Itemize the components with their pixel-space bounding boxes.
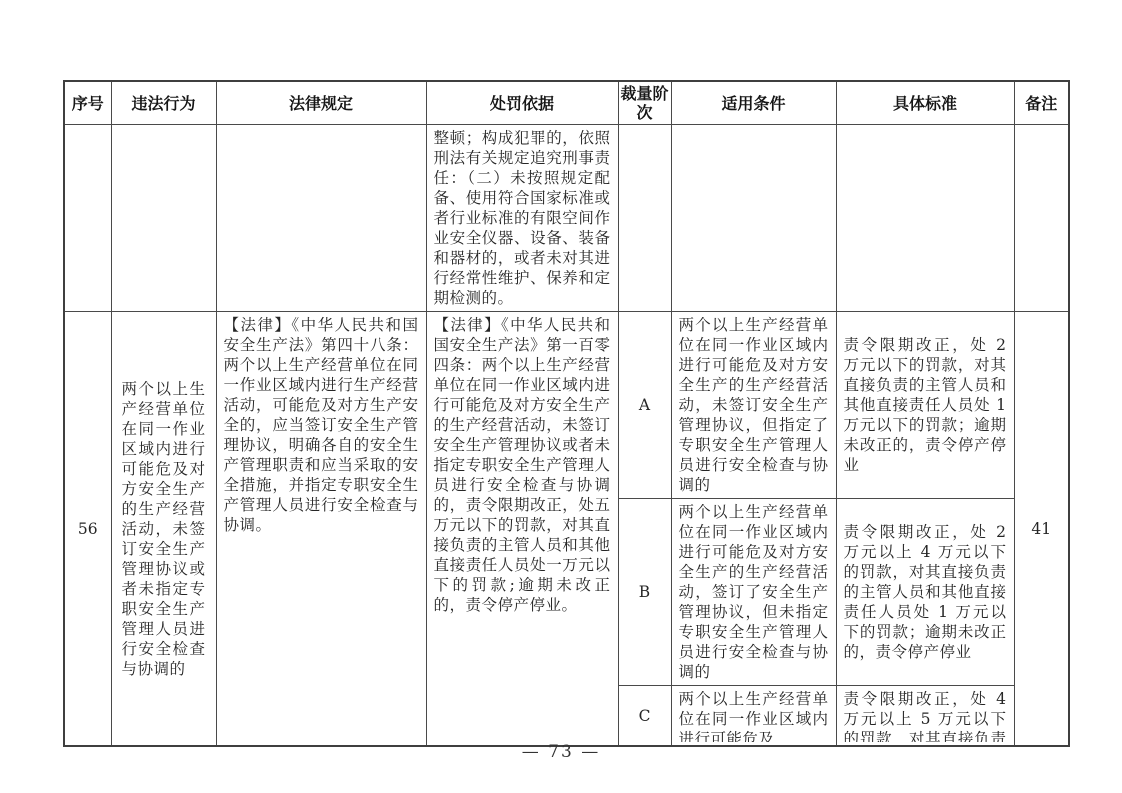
tier-b-condition: 两个以上生产经营单位在同一作业区域内进行可能危及对方安全生产的生产经营活动，签订…: [671, 499, 836, 686]
tier-c-condition-text: 两个以上生产经营单位在同一作业区域内进行可能危及: [679, 689, 829, 742]
carry-seq-empty: [64, 125, 111, 312]
penalty-basis-text: 【法律】《中华人民共和国安全生产法》第一百零四条：两个以上生产经营单位在同一作业…: [426, 312, 618, 747]
tier-b-level: B: [618, 499, 671, 686]
row-56-tier-a: 56 两个以上生产经营单位在同一作业区域内进行可能危及对方安全生产的生产经营活动…: [64, 312, 1069, 499]
document-page: 序号 违法行为 法律规定 处罚依据 裁量阶次 适用条件 具体标准 备注 整顿；构…: [0, 0, 1122, 793]
header-discretion-tier: 裁量阶次: [618, 81, 671, 125]
tier-c-level: C: [618, 686, 671, 747]
tier-a-standard: 责令限期改正，处 2 万元以下的罚款，对其直接负责的主管人员和其他直接责任人员处…: [836, 312, 1014, 499]
carry-legal-provision-empty: [216, 125, 426, 312]
header-legal-provision: 法律规定: [216, 81, 426, 125]
header-applicable-condition: 适用条件: [671, 81, 836, 125]
remark-value: 41: [1014, 312, 1069, 747]
penalty-discretion-table: 序号 违法行为 法律规定 处罚依据 裁量阶次 适用条件 具体标准 备注 整顿；构…: [63, 80, 1070, 747]
header-specific-standard: 具体标准: [836, 81, 1014, 125]
seq-number: 56: [64, 312, 111, 747]
carry-penalty-basis-text: 整顿；构成犯罪的，依照刑法有关规定追究刑事责任：（二）未按照规定配备、使用符合国…: [426, 125, 618, 312]
header-remark: 备注: [1014, 81, 1069, 125]
carry-condition-empty: [671, 125, 836, 312]
header-penalty-basis: 处罚依据: [426, 81, 618, 125]
tier-c-condition: 两个以上生产经营单位在同一作业区域内进行可能危及: [671, 686, 836, 747]
carryover-row: 整顿；构成犯罪的，依照刑法有关规定追究刑事责任：（二）未按照规定配备、使用符合国…: [64, 125, 1069, 312]
tier-c-standard-text: 责令限期改正，处 4 万元以上 5 万元以下的罚款，对其直接负责的主管人员: [844, 689, 1007, 742]
carry-tier-empty: [618, 125, 671, 312]
header-row: 序号 违法行为 法律规定 处罚依据 裁量阶次 适用条件 具体标准 备注: [64, 81, 1069, 125]
illegal-act-text: 两个以上生产经营单位在同一作业区域内进行可能危及对方安全生产的生产经营活动，未签…: [111, 312, 216, 747]
tier-a-condition: 两个以上生产经营单位在同一作业区域内进行可能危及对方安全生产的生产经营活动，未签…: [671, 312, 836, 499]
page-number-footer: — 73 —: [0, 742, 1122, 762]
header-seq-number: 序号: [64, 81, 111, 125]
carry-standard-empty: [836, 125, 1014, 312]
tier-a-level: A: [618, 312, 671, 499]
tier-b-standard: 责令限期改正，处 2 万元以上 4 万元以下的罚款，对其直接负责的主管人员和其他…: [836, 499, 1014, 686]
legal-provision-text: 【法律】《中华人民共和国安全生产法》第四十八条：两个以上生产经营单位在同一作业区…: [216, 312, 426, 747]
carry-remark-empty: [1014, 125, 1069, 312]
carry-illegal-act-empty: [111, 125, 216, 312]
tier-c-standard: 责令限期改正，处 4 万元以上 5 万元以下的罚款，对其直接负责的主管人员: [836, 686, 1014, 747]
header-illegal-act: 违法行为: [111, 81, 216, 125]
